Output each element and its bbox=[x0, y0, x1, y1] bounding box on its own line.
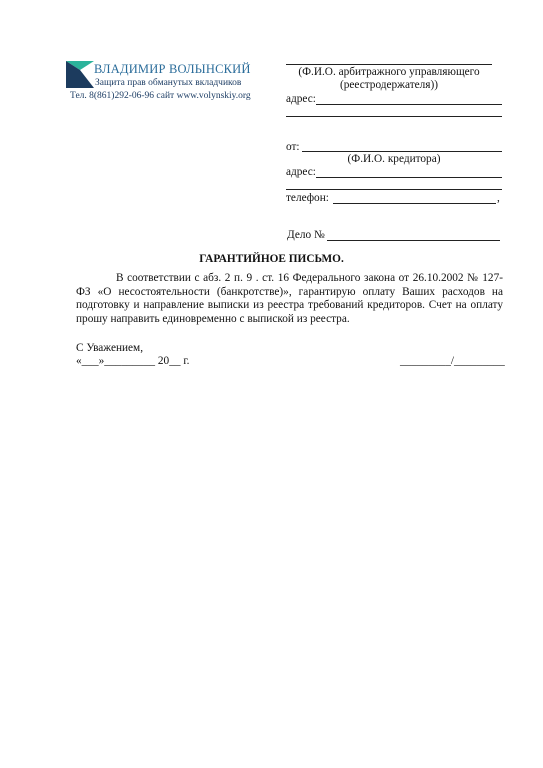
sender-address-line bbox=[316, 177, 502, 178]
case-number-label: Дело № bbox=[287, 229, 325, 242]
date-line: «___»_________ 20__ г. bbox=[76, 355, 190, 368]
recipient-name-line bbox=[286, 64, 492, 65]
brand-contact: Тел. 8(861)292-06-96 сайт www.volynskiy.… bbox=[70, 91, 251, 101]
sender-name-line bbox=[302, 151, 502, 152]
brand-name: ВЛАДИМИР ВОЛЫНСКИЙ bbox=[94, 62, 251, 77]
signature-line: _________/_________ bbox=[400, 355, 505, 368]
sender-address-line-2 bbox=[286, 189, 502, 190]
recipient-address-label: адрес: bbox=[286, 93, 316, 106]
recipient-address-line-2 bbox=[286, 116, 502, 117]
sender-phone-label: телефон: bbox=[286, 192, 329, 205]
chevron-logo-icon bbox=[66, 61, 94, 88]
sender-address-label: адрес: bbox=[286, 166, 316, 179]
brand-tagline: Защита прав обманутых вкладчиков bbox=[95, 78, 241, 88]
closing-text: С Уважением, bbox=[76, 342, 143, 355]
document-body: В соответствии с абз. 2 п. 9 . ст. 16 Фе… bbox=[76, 272, 503, 326]
document-title: ГАРАНТИЙНОЕ ПИСЬМО. bbox=[0, 253, 543, 265]
sender-phone-line bbox=[333, 203, 496, 204]
sender-phone-suffix: , bbox=[497, 192, 500, 205]
body-paragraph: В соответствии с абз. 2 п. 9 . ст. 16 Фе… bbox=[76, 272, 503, 326]
sender-name-caption: (Ф.И.О. кредитора) bbox=[286, 153, 502, 166]
recipient-address-line bbox=[316, 104, 502, 105]
recipient-name-caption-2: (реестродержателя)) bbox=[286, 79, 492, 92]
case-number-line bbox=[327, 240, 500, 241]
recipient-name-caption-1: (Ф.И.О. арбитражного управляющего bbox=[286, 66, 492, 79]
